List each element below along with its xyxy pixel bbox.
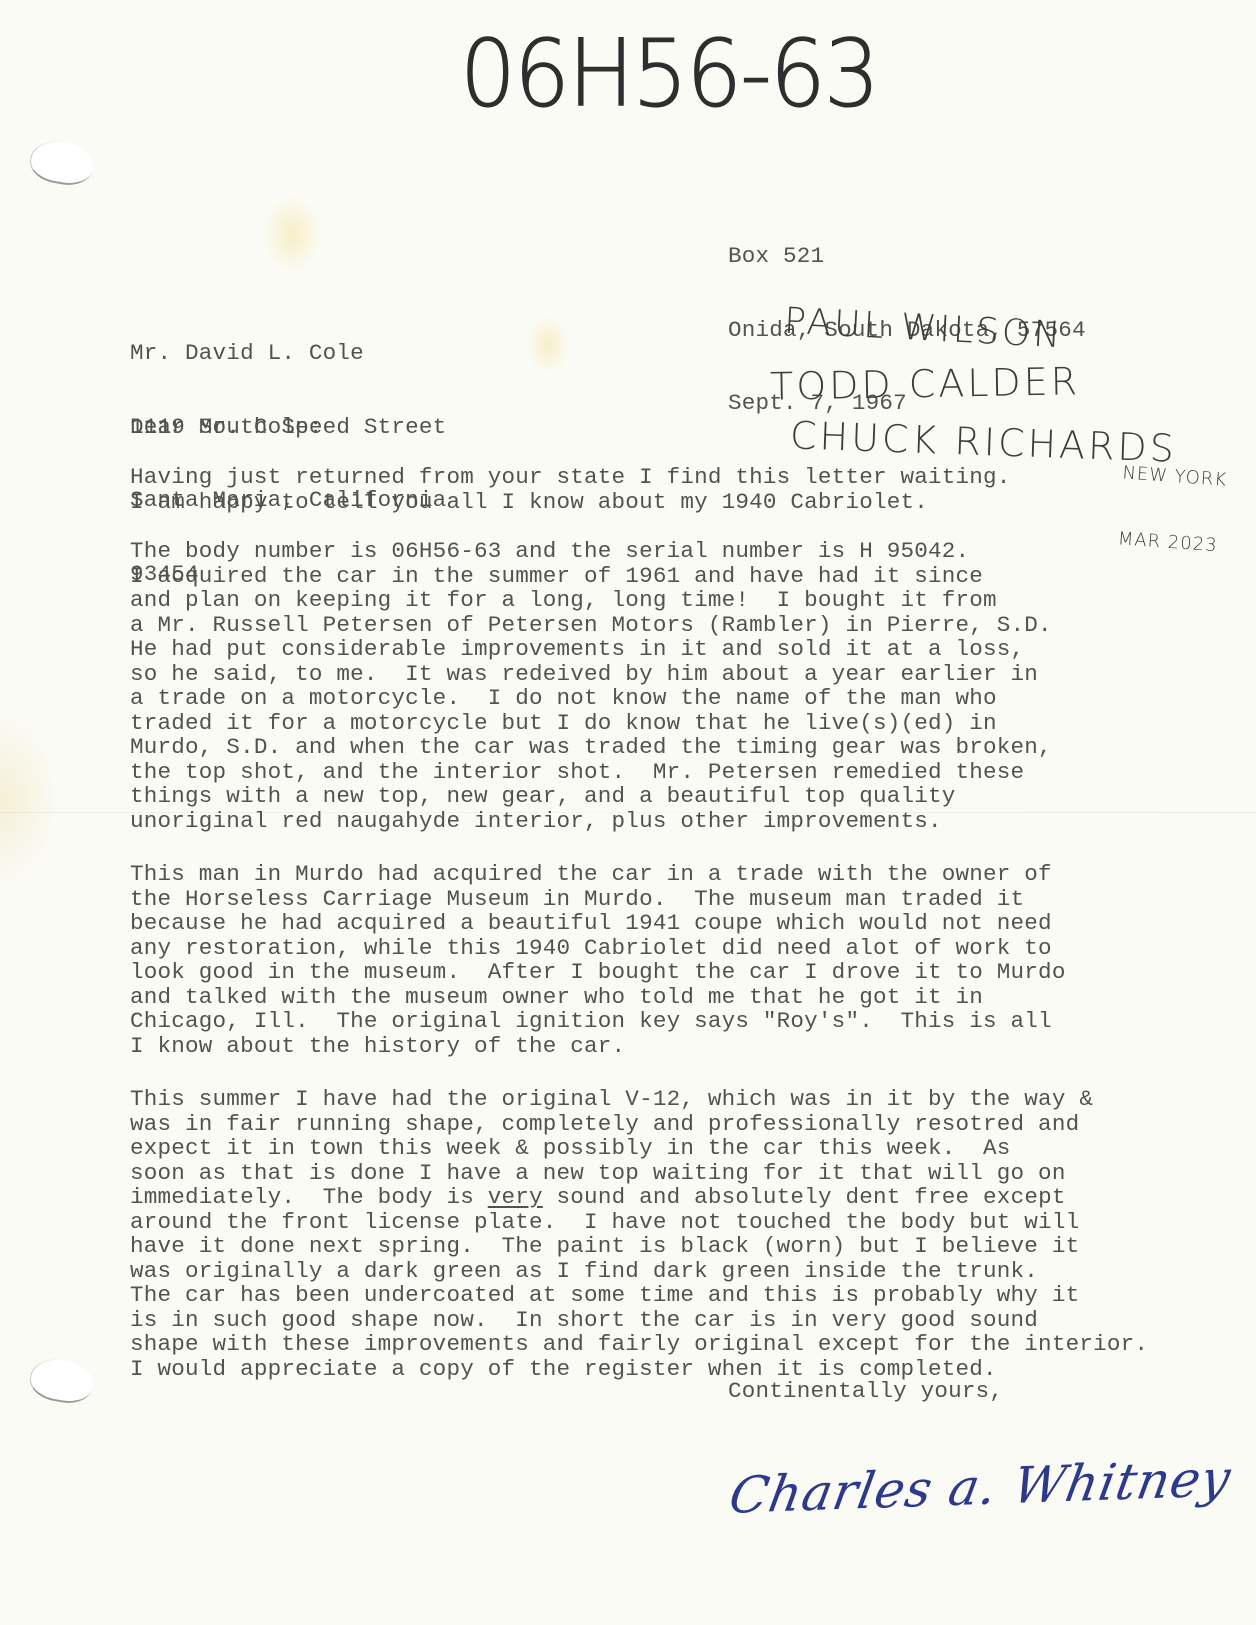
letter-line: Having just returned from your state I f… <box>130 465 1011 490</box>
punch-hole-top <box>27 137 96 189</box>
letter-line: He had put considerable improvements in … <box>130 637 1052 662</box>
letter-line: things with a new top, new gear, and a b… <box>130 784 1052 809</box>
letter-line: was originally a dark green as I find da… <box>130 1259 1148 1284</box>
handwritten-location-date: NEW YORK MAR 2023 <box>1114 419 1231 602</box>
letter-line: because he had acquired a beautiful 1941… <box>130 911 1066 936</box>
letter-line: any restoration, while this 1940 Cabriol… <box>130 936 1066 961</box>
letter-line: Murdo, S.D. and when the car was traded … <box>130 735 1052 760</box>
recipient-address-line: Mr. David L. Cole <box>130 341 446 366</box>
letter-line: so he said, to me. It was redeived by hi… <box>130 662 1052 687</box>
body-number-heading: 06H56-63 <box>460 19 878 127</box>
letter-line: around the front license plate. I have n… <box>130 1210 1148 1235</box>
letter-line: unoriginal red naugahyde interior, plus … <box>130 809 1052 834</box>
punch-hole-bottom <box>27 1355 96 1407</box>
letter-line: a trade on a motorcycle. I do not know t… <box>130 686 1052 711</box>
paragraph-2: The body number is 06H56-63 and the seri… <box>130 539 1052 833</box>
letter-line: The body number is 06H56-63 and the seri… <box>130 539 1052 564</box>
letter-line: traded it for a motorcycle but I do know… <box>130 711 1052 736</box>
letter-line: shape with these improvements and fairly… <box>130 1332 1148 1357</box>
letter-line: This man in Murdo had acquired the car i… <box>130 862 1066 887</box>
letter-line: immediately. The body is very sound and … <box>130 1185 1148 1210</box>
letter-line: I acquired the car in the summer of 1961… <box>130 564 1052 589</box>
letter-line: Chicago, Ill. The original ignition key … <box>130 1009 1066 1034</box>
letter-line: is in such good shape now. In short the … <box>130 1308 1148 1333</box>
paragraph-1: Having just returned from your state I f… <box>130 465 1011 514</box>
signature: Charles a. Whitney <box>725 1449 1236 1525</box>
handwritten-date: MAR 2023 <box>1117 528 1223 557</box>
sender-address-line: Box 521 <box>728 244 1086 269</box>
paragraph-4: This summer I have had the original V-12… <box>130 1087 1148 1381</box>
letter-line: was in fair running shape, completely an… <box>130 1112 1148 1137</box>
letter-line: soon as that is done I have a new top wa… <box>130 1161 1148 1186</box>
handwritten-location: NEW YORK <box>1122 462 1228 491</box>
letter-line: This summer I have had the original V-12… <box>130 1087 1148 1112</box>
closing: Continentally yours, <box>728 1379 1003 1404</box>
letter-line: I am happy to tell you all I know about … <box>130 490 1011 515</box>
letter-line: expect it in town this week & possibly i… <box>130 1136 1148 1161</box>
letter-line: look good in the museum. After I bought … <box>130 960 1066 985</box>
letter-line: I know about the history of the car. <box>130 1034 1066 1059</box>
letter-line: and talked with the museum owner who tol… <box>130 985 1066 1010</box>
underlined-word: very <box>488 1184 543 1210</box>
paragraph-3: This man in Murdo had acquired the car i… <box>130 862 1066 1058</box>
handwritten-name: TODD CALDER <box>770 359 1081 408</box>
letter-line: and plan on keeping it for a long, long … <box>130 588 1052 613</box>
salutation: Dear Mr. Cole: <box>130 415 323 440</box>
letter-page: 06H56-63 Box 521 Onida, South Dakota, 57… <box>0 0 1256 1625</box>
letter-line: have it done next spring. The paint is b… <box>130 1234 1148 1259</box>
letter-line: the top shot, and the interior shot. Mr.… <box>130 760 1052 785</box>
letter-line: The car has been undercoated at some tim… <box>130 1283 1148 1308</box>
letter-line: the Horseless Carriage Museum in Murdo. … <box>130 887 1066 912</box>
letter-line: a Mr. Russell Petersen of Petersen Motor… <box>130 613 1052 638</box>
